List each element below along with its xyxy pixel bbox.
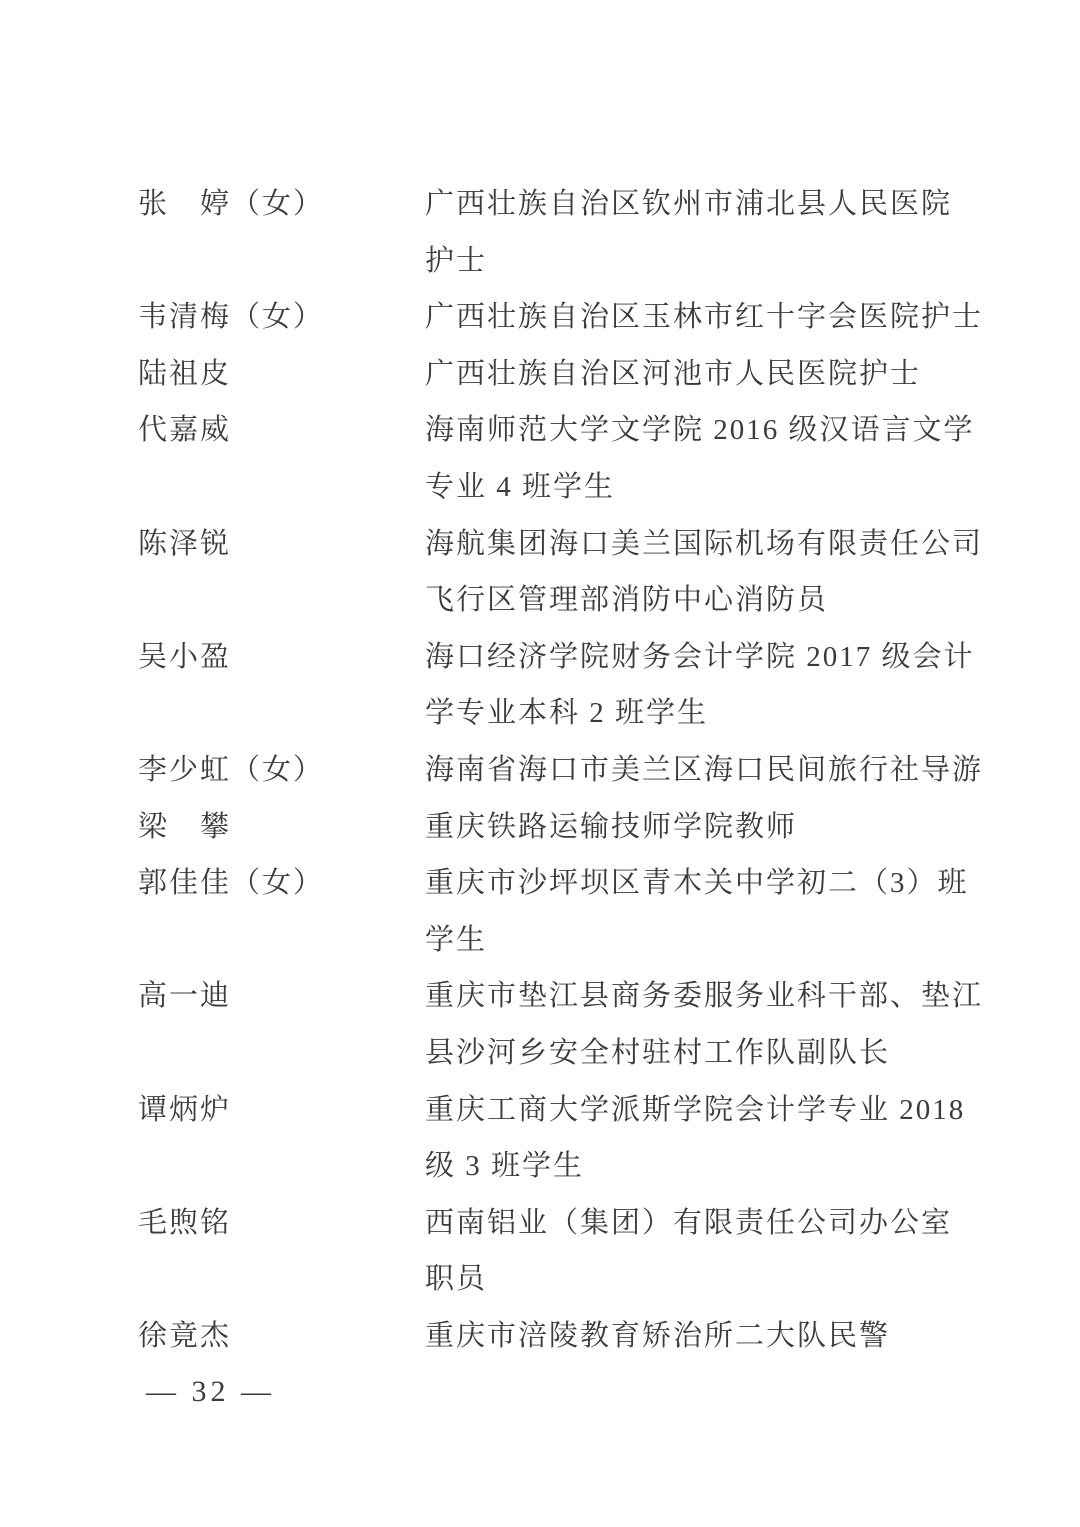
description-line: 广西壮族自治区钦州市浦北县人民医院 bbox=[425, 176, 950, 233]
description-line: 海南师范大学文学院 2016 级汉语言文学 bbox=[425, 402, 950, 459]
entry-row: 李少虹（女） 海南省海口市美兰区海口民间旅行社导游 bbox=[138, 742, 950, 799]
entry-row: 陆祖皮 广西壮族自治区河池市人民医院护士 bbox=[138, 346, 950, 403]
entry-row: 梁 攀 重庆铁路运输技师学院教师 bbox=[138, 799, 950, 856]
description-line: 重庆市垫江县商务委服务业科干部、垫江 bbox=[425, 968, 950, 1025]
person-name: 李少虹（女） bbox=[138, 742, 425, 799]
person-description: 重庆市涪陵教育矫治所二大队民警 bbox=[425, 1308, 950, 1365]
person-name: 陆祖皮 bbox=[138, 346, 425, 403]
entry-row: 毛煦铭 西南铝业（集团）有限责任公司办公室 职员 bbox=[138, 1195, 950, 1308]
person-name: 高一迪 bbox=[138, 968, 425, 1025]
description-line: 重庆市涪陵教育矫治所二大队民警 bbox=[425, 1308, 950, 1365]
document-page: 张 婷（女） 广西壮族自治区钦州市浦北县人民医院 护士 韦清梅（女） 广西壮族自… bbox=[0, 0, 1080, 1527]
person-name: 韦清梅（女） bbox=[138, 289, 425, 346]
person-description: 海南师范大学文学院 2016 级汉语言文学 专业 4 班学生 bbox=[425, 402, 950, 515]
person-description: 海航集团海口美兰国际机场有限责任公司 飞行区管理部消防中心消防员 bbox=[425, 516, 950, 629]
person-name: 梁 攀 bbox=[138, 799, 425, 856]
description-line: 海南省海口市美兰区海口民间旅行社导游 bbox=[425, 742, 950, 799]
description-line: 护士 bbox=[425, 233, 950, 290]
person-name: 代嘉威 bbox=[138, 402, 425, 459]
description-line: 广西壮族自治区玉林市红十字会医院护士 bbox=[425, 289, 950, 346]
entry-row: 谭炳炉 重庆工商大学派斯学院会计学专业 2018 级 3 班学生 bbox=[138, 1082, 950, 1195]
person-name: 谭炳炉 bbox=[138, 1082, 425, 1139]
person-description: 广西壮族自治区钦州市浦北县人民医院 护士 bbox=[425, 176, 950, 289]
entry-row: 郭佳佳（女） 重庆市沙坪坝区青木关中学初二（3）班 学生 bbox=[138, 855, 950, 968]
person-description: 广西壮族自治区玉林市红十字会医院护士 bbox=[425, 289, 950, 346]
person-description: 西南铝业（集团）有限责任公司办公室 职员 bbox=[425, 1195, 950, 1308]
person-description: 海口经济学院财务会计学院 2017 级会计 学专业本科 2 班学生 bbox=[425, 629, 950, 742]
entry-row: 张 婷（女） 广西壮族自治区钦州市浦北县人民医院 护士 bbox=[138, 176, 950, 289]
description-line: 重庆市沙坪坝区青木关中学初二（3）班 bbox=[425, 855, 950, 912]
description-line: 级 3 班学生 bbox=[425, 1138, 950, 1195]
entry-row: 徐竟杰 重庆市涪陵教育矫治所二大队民警 bbox=[138, 1308, 950, 1365]
description-line: 重庆铁路运输技师学院教师 bbox=[425, 799, 950, 856]
description-line: 学生 bbox=[425, 912, 950, 969]
person-name: 毛煦铭 bbox=[138, 1195, 425, 1252]
person-description: 重庆市垫江县商务委服务业科干部、垫江 县沙河乡安全村驻村工作队副队长 bbox=[425, 968, 950, 1081]
entry-row: 吴小盈 海口经济学院财务会计学院 2017 级会计 学专业本科 2 班学生 bbox=[138, 629, 950, 742]
description-line: 海航集团海口美兰国际机场有限责任公司 bbox=[425, 516, 950, 573]
description-line: 专业 4 班学生 bbox=[425, 459, 950, 516]
entry-row: 高一迪 重庆市垫江县商务委服务业科干部、垫江 县沙河乡安全村驻村工作队副队长 bbox=[138, 968, 950, 1081]
description-line: 飞行区管理部消防中心消防员 bbox=[425, 572, 950, 629]
description-line: 海口经济学院财务会计学院 2017 级会计 bbox=[425, 629, 950, 686]
person-name: 徐竟杰 bbox=[138, 1308, 425, 1365]
person-description: 广西壮族自治区河池市人民医院护士 bbox=[425, 346, 950, 403]
person-description: 海南省海口市美兰区海口民间旅行社导游 bbox=[425, 742, 950, 799]
description-line: 重庆工商大学派斯学院会计学专业 2018 bbox=[425, 1082, 950, 1139]
description-line: 学专业本科 2 班学生 bbox=[425, 685, 950, 742]
entry-row: 代嘉威 海南师范大学文学院 2016 级汉语言文学 专业 4 班学生 bbox=[138, 402, 950, 515]
description-line: 职员 bbox=[425, 1251, 950, 1308]
description-line: 县沙河乡安全村驻村工作队副队长 bbox=[425, 1025, 950, 1082]
person-description: 重庆铁路运输技师学院教师 bbox=[425, 799, 950, 856]
person-name: 张 婷（女） bbox=[138, 176, 425, 233]
person-description: 重庆市沙坪坝区青木关中学初二（3）班 学生 bbox=[425, 855, 950, 968]
person-description: 重庆工商大学派斯学院会计学专业 2018 级 3 班学生 bbox=[425, 1082, 950, 1195]
description-line: 西南铝业（集团）有限责任公司办公室 bbox=[425, 1195, 950, 1252]
person-name: 郭佳佳（女） bbox=[138, 855, 425, 912]
person-name: 吴小盈 bbox=[138, 629, 425, 686]
page-number: — 32 — bbox=[138, 1364, 950, 1421]
entry-row: 陈泽锐 海航集团海口美兰国际机场有限责任公司 飞行区管理部消防中心消防员 bbox=[138, 516, 950, 629]
person-name: 陈泽锐 bbox=[138, 516, 425, 573]
description-line: 广西壮族自治区河池市人民医院护士 bbox=[425, 346, 950, 403]
entry-row: 韦清梅（女） 广西壮族自治区玉林市红十字会医院护士 bbox=[138, 289, 950, 346]
